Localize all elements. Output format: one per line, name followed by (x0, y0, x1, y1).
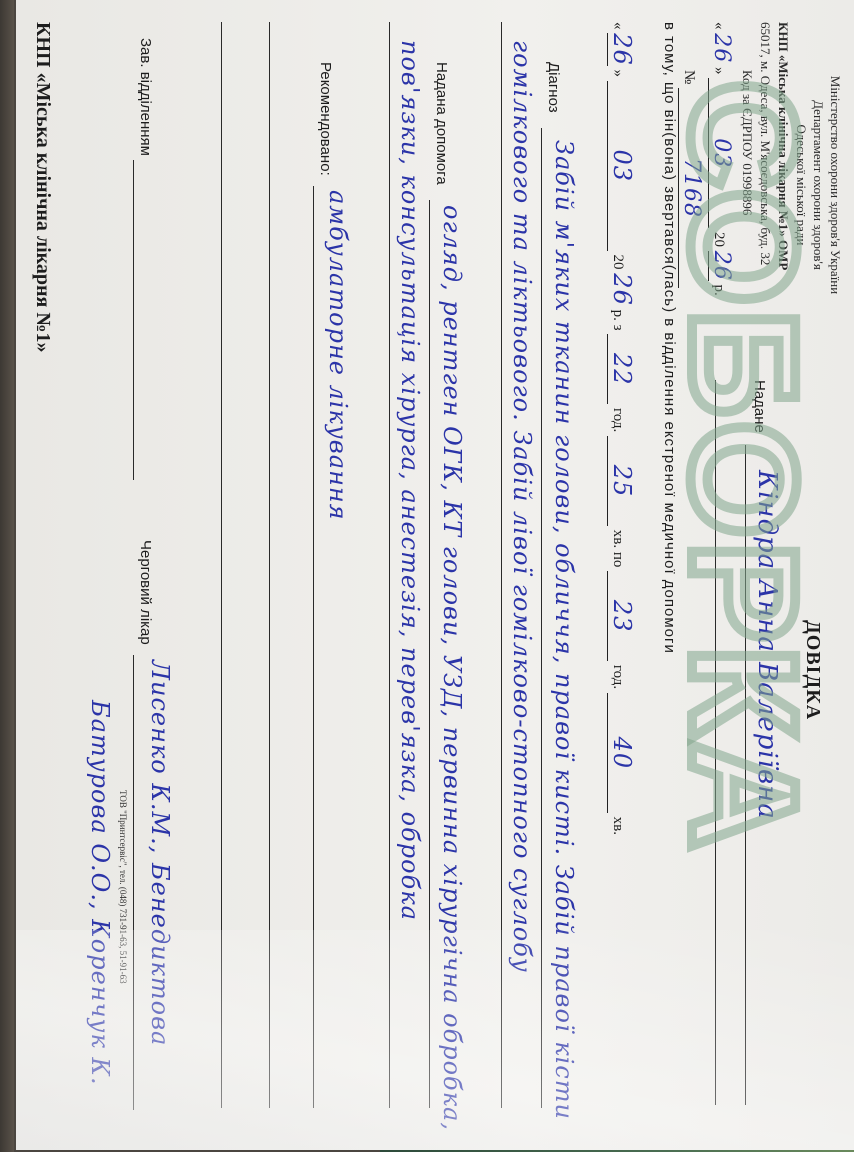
diagnosis-label: Діагноз (545, 62, 562, 113)
care-line-2: пов'язки, консультація хірурга, анестезі… (396, 40, 424, 921)
recommended-underline-1 (313, 186, 314, 1108)
recommended-line-1: амбулаторне лікування (324, 190, 352, 521)
visit-month: 03 (607, 81, 636, 251)
doctor-on-duty-name-1: Лисенко К.М., Бенедиктова (146, 660, 174, 1046)
doctor-on-duty-name-2: Батурова О.О., Коренчук К. (86, 700, 114, 1086)
care-underline-2 (389, 22, 390, 1108)
recommended-label: Рекомендовано: (317, 62, 334, 176)
visit-from-minutes: 25 (607, 436, 636, 526)
hospital-name-footer: КНП «Міська клінічна лікарня №1» (31, 22, 54, 352)
paper-fold-shadow (16, 930, 854, 1150)
doctor-on-duty-signature-line (133, 655, 134, 1110)
printer-imprint: ТОВ "Принтсервіс", тел. (048) 731-91-63,… (118, 790, 128, 984)
head-of-department-label: Зав. відділенням (137, 38, 154, 156)
diagnosis-underline-1 (541, 128, 542, 1108)
background-table-edge (0, 0, 14, 1152)
doctor-on-duty-label: Черговий лікар (137, 540, 154, 645)
visit-to-minutes: 40 (607, 693, 636, 813)
visit-to-hours: 23 (607, 571, 636, 661)
visit-from-hours: 22 (607, 334, 636, 404)
watermark: СОБОРКА (657, 80, 830, 854)
visit-day: 26 (607, 33, 636, 66)
diagnosis-line-1: Забій м'яких тканин голови, обличчя, пра… (550, 140, 578, 1120)
visit-date-time: « 26 » 03 20 26 р. з 22 год. 25 хв. по 2… (607, 22, 636, 835)
head-of-department-signature-line (133, 160, 134, 480)
care-line-1: огляд, рентген ОГК, КТ голови, УЗД, перв… (438, 205, 466, 1131)
diagnosis-line-2: гомілкового та ліктьового. Забій лівої г… (508, 40, 536, 973)
visit-year: 26 (608, 273, 636, 306)
care-label: Надана допомога (433, 62, 450, 185)
issue-day: 26 (709, 33, 734, 63)
recommended-underline-3 (221, 22, 222, 1108)
diagnosis-underline-2 (501, 22, 502, 1108)
care-underline-1 (429, 200, 430, 1108)
recommended-underline-2 (269, 22, 270, 1108)
